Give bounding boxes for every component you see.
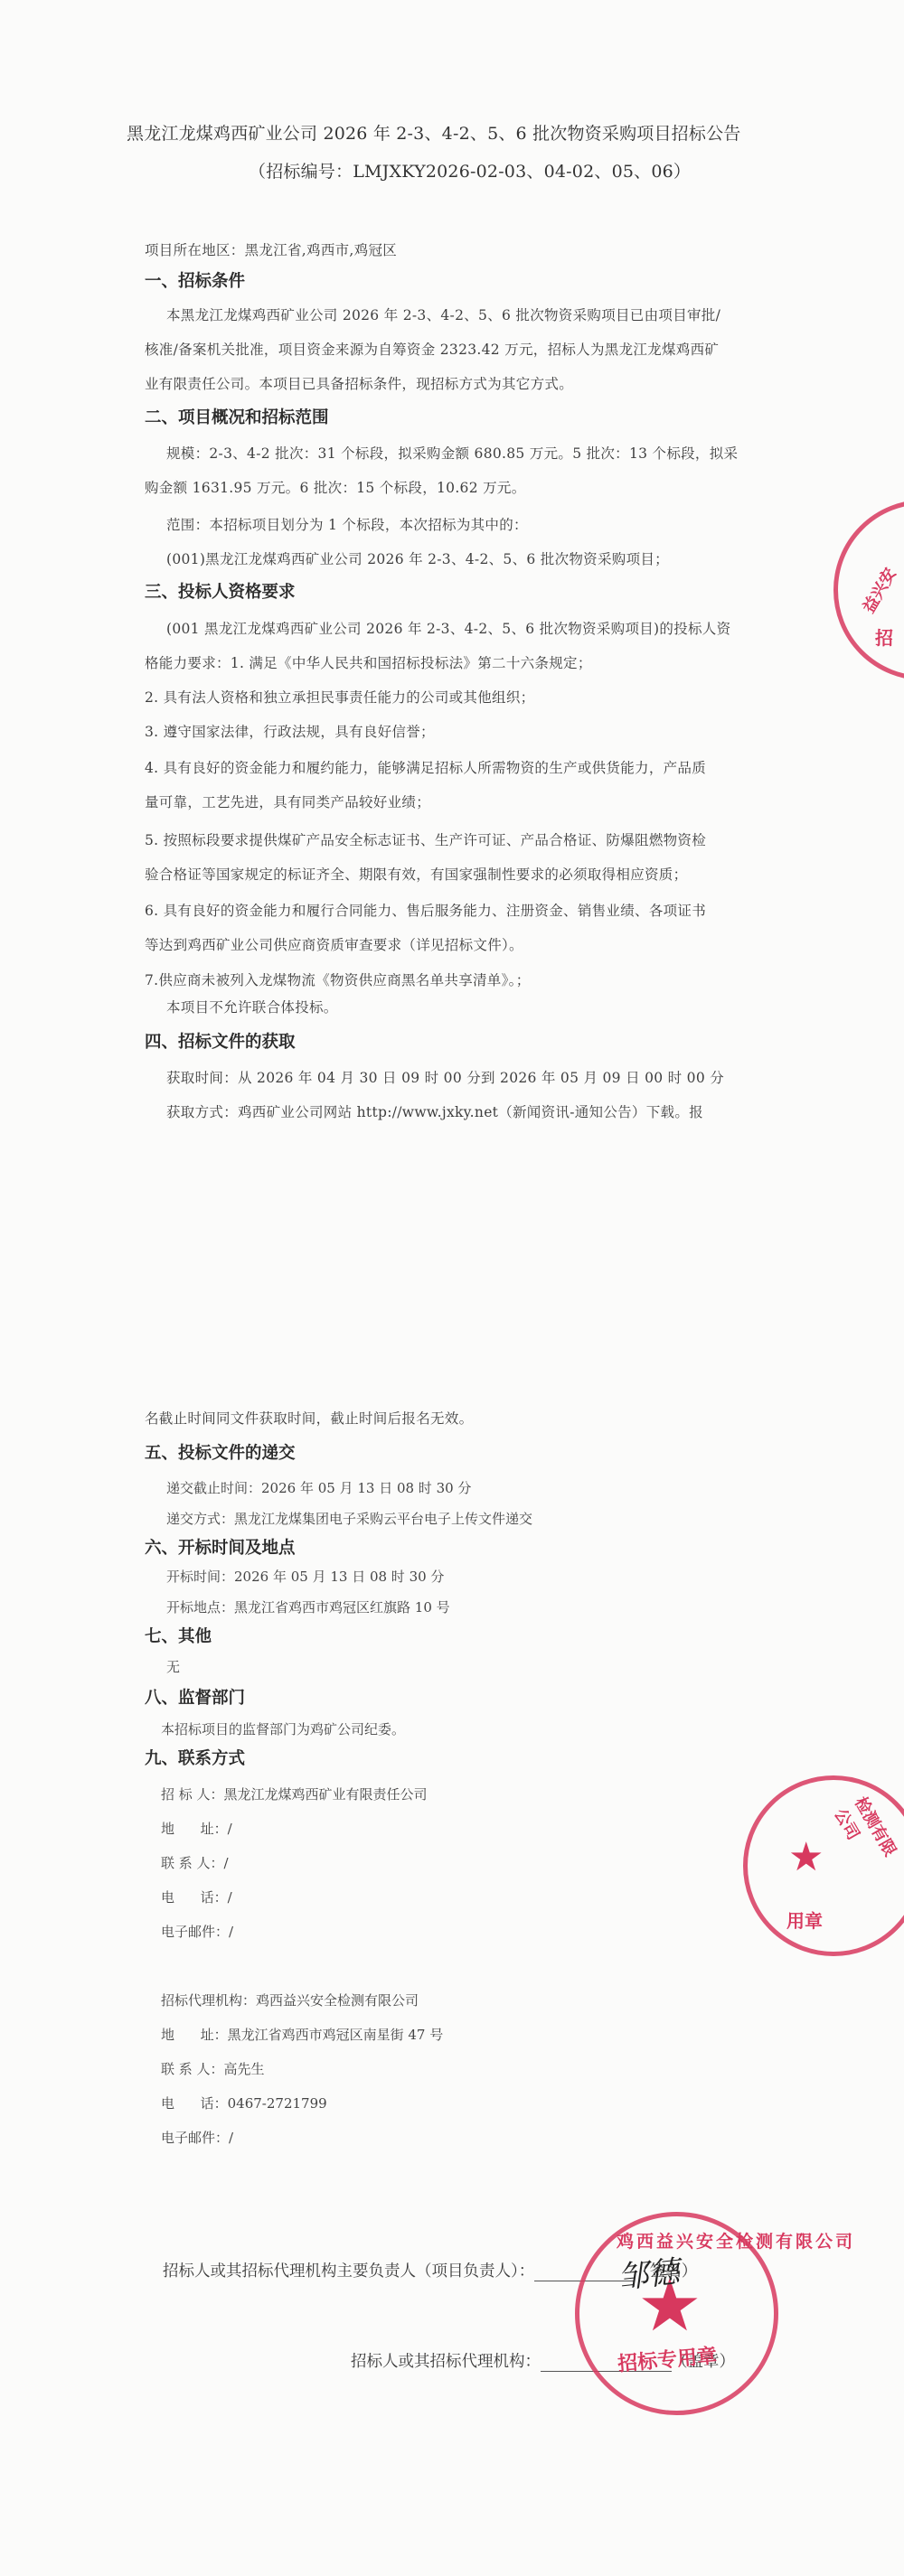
section-heading-1: 一、招标条件: [145, 268, 245, 292]
handwritten-signature: 邹德: [616, 2247, 682, 2298]
project-region: 项目所在地区：黑龙江省,鸡西市,鸡冠区: [145, 239, 397, 259]
section-3-line: 5. 按照标段要求提供煤矿产品安全标志证书、生产许可证、产品合格证、防爆阻燃物资…: [145, 829, 706, 849]
section-heading-2: 二、项目概况和招标范围: [145, 405, 329, 428]
contact-label: 联 系 人：: [161, 1855, 224, 1871]
section-1-line: 本黑龙江龙煤鸡西矿业公司 2026 年 2-3、4-2、5、6 批次物资采购项目…: [166, 304, 720, 324]
contact-label: 电 话：: [161, 1889, 228, 1906]
contact-label: 招 标 人：: [161, 1786, 224, 1803]
section-4-line: 获取时间：从 2026 年 04 月 30 日 09 时 00 分到 2026 …: [166, 1067, 724, 1087]
tenderer-contact-row: 联 系 人：/: [161, 1853, 229, 1872]
section-4-line: 获取方式：鸡西矿业公司网站 http://www.jxky.net（新闻资讯-通…: [166, 1101, 703, 1121]
section-3-line: 格能力要求：1. 满足《中华人民共和国招标投标法》第二十六条规定；: [145, 652, 592, 672]
section-heading-9: 九、联系方式: [145, 1746, 245, 1769]
section-heading-7: 七、其他: [145, 1624, 212, 1647]
signature-label: 招标人或其招标代理机构主要负责人（项目负责人）：: [163, 2262, 534, 2281]
section-1-line: 业有限责任公司。本项目已具备招标条件，现招标方式为其它方式。: [145, 373, 573, 393]
seal-stamp-text: 用章: [786, 1906, 823, 1933]
section-4-line: 名截止时间同文件获取时间，截止时间后报名无效。: [145, 1408, 473, 1428]
contact-value: /: [224, 1855, 229, 1871]
agency-address-row: 地 址：黑龙江省鸡西市鸡冠区南星街 47 号: [161, 2025, 443, 2044]
tenderer-name-row: 招 标 人：黑龙江龙煤鸡西矿业有限责任公司: [161, 1784, 428, 1803]
contact-value: 黑龙江省鸡西市鸡冠区南星街 47 号: [228, 2027, 444, 2043]
section-2-line: 规模：2-3、4-2 批次：31 个标段，拟采购金额 680.85 万元。5 批…: [166, 443, 738, 463]
section-8-line: 本招标项目的监督部门为鸡矿公司纪委。: [161, 1719, 405, 1738]
section-heading-4: 四、招标文件的获取: [145, 1029, 296, 1053]
agency-phone-row: 电 话：0467-2721799: [161, 2094, 327, 2112]
contact-label: 电 话：: [161, 2095, 228, 2112]
document-title: 黑龙江龙煤鸡西矿业公司 2026 年 2-3、4-2、5、6 批次物资采购项目招…: [127, 120, 740, 145]
section-3-line: 验合格证等国家规定的标证齐全、期限有效，有国家强制性要求的必须取得相应资质；: [145, 864, 687, 884]
seal-label: 招标人或其招标代理机构：: [351, 2353, 541, 2371]
contact-label: 招标代理机构：: [161, 1992, 256, 2009]
contact-value: /: [229, 1924, 233, 1940]
section-7-line: 无: [166, 1657, 180, 1676]
section-6-line: 开标时间：2026 年 05 月 13 日 08 时 30 分: [166, 1567, 444, 1586]
tender-number: （招标编号：LMJXKY2026-02-03、04-02、05、06）: [249, 158, 691, 183]
contact-label: 地 址：: [161, 1821, 228, 1837]
section-3-line: 4. 具有良好的资金能力和履约能力，能够满足招标人所需物资的生产或供货能力，产品…: [145, 757, 706, 777]
section-3-line: 2. 具有法人资格和独立承担民事责任能力的公司或其他组织；: [145, 687, 534, 707]
section-5-line: 递交方式：黑龙江龙煤集团电子采购云平台电子上传文件递交: [166, 1509, 532, 1528]
section-5-line: 递交截止时间：2026 年 05 月 13 日 08 时 30 分: [166, 1478, 471, 1497]
agency-contact-row: 联 系 人：高先生: [161, 2059, 265, 2078]
seal-stamp-text: 招: [875, 623, 893, 650]
section-heading-3: 三、投标人资格要求: [145, 579, 296, 603]
section-3-line: 3. 遵守国家法律，行政法规，具有良好信誉；: [145, 721, 435, 741]
section-3-line: 量可靠，工艺先进，具有同类产品较好业绩；: [145, 792, 430, 811]
section-heading-5: 五、投标文件的递交: [145, 1440, 296, 1464]
section-6-line: 开标地点：黑龙江省鸡西市鸡冠区红旗路 10 号: [166, 1597, 450, 1616]
section-2-line: (001)黑龙江龙煤鸡西矿业公司 2026 年 2-3、4-2、5、6 批次物资…: [166, 548, 669, 568]
contact-label: 电子邮件：: [161, 2130, 229, 2146]
section-3-line: 本项目不允许联合体投标。: [166, 997, 338, 1016]
section-3-line: (001 黑龙江龙煤鸡西矿业公司 2026 年 2-3、4-2、5、6 批次物资…: [166, 618, 730, 638]
contact-value: 0467-2721799: [228, 2095, 327, 2112]
section-1-line: 核准/备案机关批准，项目资金来源为自筹资金 2323.42 万元，招标人为黑龙江…: [145, 339, 719, 359]
contact-value: /: [228, 1821, 232, 1837]
star-icon: ★: [788, 1834, 824, 1880]
contact-label: 电子邮件：: [161, 1924, 229, 1940]
section-3-line: 6. 具有良好的资金能力和履行合同能力、售后服务能力、注册资金、销售业绩、各项证…: [145, 900, 706, 920]
section-2-line: 购金额 1631.95 万元。6 批次：15 个标段，10.62 万元。: [145, 477, 526, 497]
section-3-line: 等达到鸡西矿业公司供应商资质审查要求（详见招标文件）。: [145, 934, 523, 954]
section-2-line: 范围：本招标项目划分为 1 个标段，本次招标为其中的：: [166, 514, 528, 534]
contact-value: 黑龙江龙煤鸡西矿业有限责任公司: [224, 1786, 428, 1803]
contact-label: 地 址：: [161, 2027, 228, 2043]
contact-value: /: [229, 2130, 233, 2146]
contact-value: 鸡西益兴安全检测有限公司: [256, 1992, 419, 2009]
agency-name-row: 招标代理机构：鸡西益兴安全检测有限公司: [161, 1991, 419, 2009]
tenderer-address-row: 地 址：/: [161, 1819, 232, 1838]
contact-value: 高先生: [224, 2061, 265, 2077]
contact-value: /: [228, 1889, 232, 1906]
contact-label: 联 系 人：: [161, 2061, 224, 2077]
tenderer-email-row: 电子邮件：/: [161, 1922, 233, 1941]
section-3-line: 7.供应商未被列入龙煤物流《物资供应商黑名单共享清单》。；: [145, 970, 531, 989]
tenderer-phone-row: 电 话：/: [161, 1888, 232, 1906]
section-heading-8: 八、监督部门: [145, 1685, 245, 1709]
section-heading-6: 六、开标时间及地点: [145, 1535, 296, 1559]
agency-email-row: 电子邮件：/: [161, 2128, 233, 2147]
